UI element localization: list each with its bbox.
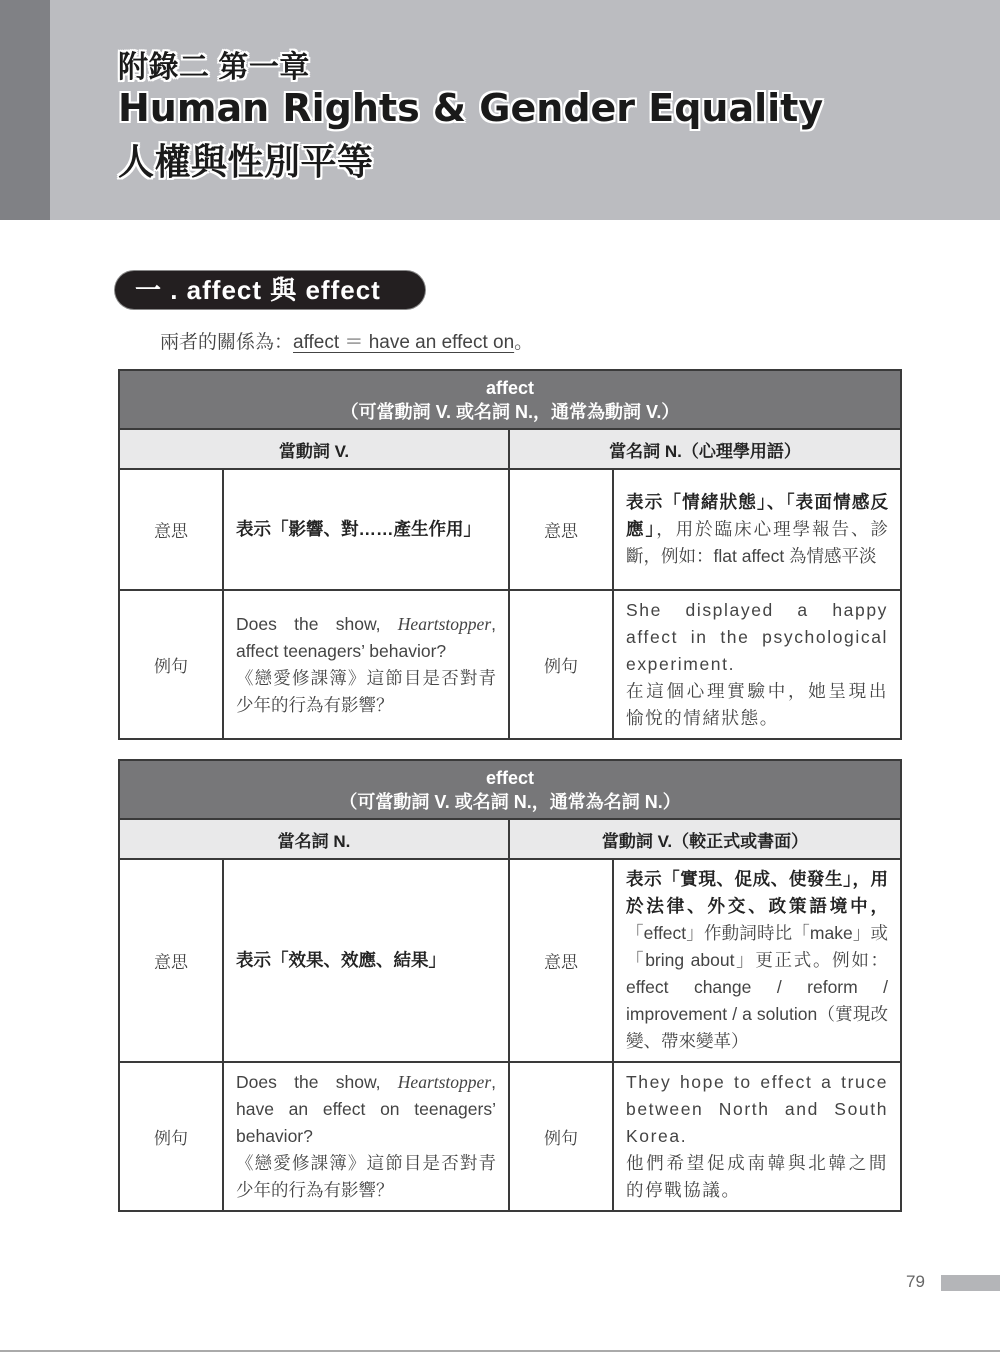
example-cell: She displayed a happy affect in the psyc… [613,590,901,739]
example-cell: Does the show, Heartstopper, affect teen… [223,590,509,739]
column-header-right: 當動詞 V.（較正式或書面） [509,819,901,859]
table-subtitle: （可當動詞 V. 或名詞 N.，通常為名詞 N.） [120,790,900,814]
intro-suffix: 。 [514,332,533,353]
example-en: They hope to effect a truce between Nort… [626,1069,888,1150]
header-left-stripe [0,0,50,220]
row-label: 意思 [509,859,613,1062]
affect-table: affect （可當動詞 V. 或名詞 N.，通常為動詞 V.） 當動詞 V. … [118,369,902,740]
table-word: effect [120,766,900,790]
table-subtitle: （可當動詞 V. 或名詞 N.，通常為動詞 V.） [120,400,900,424]
effect-table: effect （可當動詞 V. 或名詞 N.，通常為名詞 N.） 當名詞 N. … [118,759,902,1212]
row-label: 意思 [119,469,223,590]
chapter-title-en: Human Rights & Gender Equality [118,86,823,130]
example-en-pre: Does the show, [236,614,398,634]
table-title: affect （可當動詞 V. 或名詞 N.，通常為動詞 V.） [119,370,901,429]
intro-prefix: 兩者的關係為： [160,332,293,353]
table-row: 例句 Does the show, Heartstopper, affect t… [119,590,901,739]
row-label: 例句 [119,1062,223,1211]
row-label: 例句 [509,590,613,739]
row-label: 意思 [119,859,223,1062]
example-cell: They hope to effect a truce between Nort… [613,1062,901,1211]
example-zh: 他們希望促成南韓與北韓之間的停戰協議。 [626,1150,888,1204]
meaning-bold: 表示「效果、效應、結果」 [236,950,446,970]
show-title: Heartstopper [398,1072,491,1092]
chapter-title-zh: 人權與性別平等 [118,134,374,185]
column-header-left: 當動詞 V. [119,429,509,469]
table-row: 例句 Does the show, Heartstopper, have an … [119,1062,901,1211]
example-en-pre: Does the show, [236,1072,398,1092]
row-label: 例句 [119,590,223,739]
meaning-text: 「effect」作動詞時比「make」或「bring about」更正式。例如：… [626,923,888,1051]
example-en: She displayed a happy affect in the psyc… [626,597,888,678]
page-bottom-rule [0,1350,1000,1352]
meaning-cell: 表示「實現、促成、使發生」，用於法律、外交、政策語境中，「effect」作動詞時… [613,859,901,1062]
meaning-bold: 表示「影響、對……產生作用」 [236,519,481,539]
example-zh: 在這個心理實驗中，她呈現出愉悅的情緒狀態。 [626,678,888,732]
example-cell: Does the show, Heartstopper, have an eff… [223,1062,509,1211]
table-word: affect [120,376,900,400]
example-en: Does the show, Heartstopper, have an eff… [236,1069,496,1150]
example-en: Does the show, Heartstopper, affect teen… [236,611,496,665]
meaning-text: ，用於臨床心理學報告、診斷，例如：flat affect 為情感平淡 [626,519,888,566]
table-row: 意思 表示「效果、效應、結果」 意思 表示「實現、促成、使發生」，用於法律、外交… [119,859,901,1062]
row-label: 意思 [509,469,613,590]
meaning-bold: 表示「實現、促成、使發生」，用於法律、外交、政策語境中， [626,869,888,916]
table-title: effect （可當動詞 V. 或名詞 N.，通常為名詞 N.） [119,760,901,819]
table-row: 意思 表示「影響、對……產生作用」 意思 表示「情緒狀態」、「表面情感反應」，用… [119,469,901,590]
column-header-right: 當名詞 N.（心理學用語） [509,429,901,469]
intro-sentence: 兩者的關係為：affect ＝ have an effect on。 [160,327,533,354]
example-zh: 《戀愛修課簿》這節目是否對青少年的行為有影響？ [236,665,496,719]
row-label: 例句 [509,1062,613,1211]
example-zh: 《戀愛修課簿》這節目是否對青少年的行為有影響？ [236,1150,496,1204]
page-number-bar [941,1275,1000,1291]
meaning-cell: 表示「情緒狀態」、「表面情感反應」，用於臨床心理學報告、診斷，例如：flat a… [613,469,901,590]
show-title: Heartstopper [398,614,491,634]
meaning-cell: 表示「效果、效應、結果」 [223,859,509,1062]
chapter-label: 附錄二 第一章 [118,42,310,86]
page-number: 79 [906,1272,925,1292]
section-heading: 一 . affect 與 effect [115,271,425,309]
intro-formula: affect ＝ have an effect on [293,332,514,353]
column-header-left: 當名詞 N. [119,819,509,859]
meaning-cell: 表示「影響、對……產生作用」 [223,469,509,590]
